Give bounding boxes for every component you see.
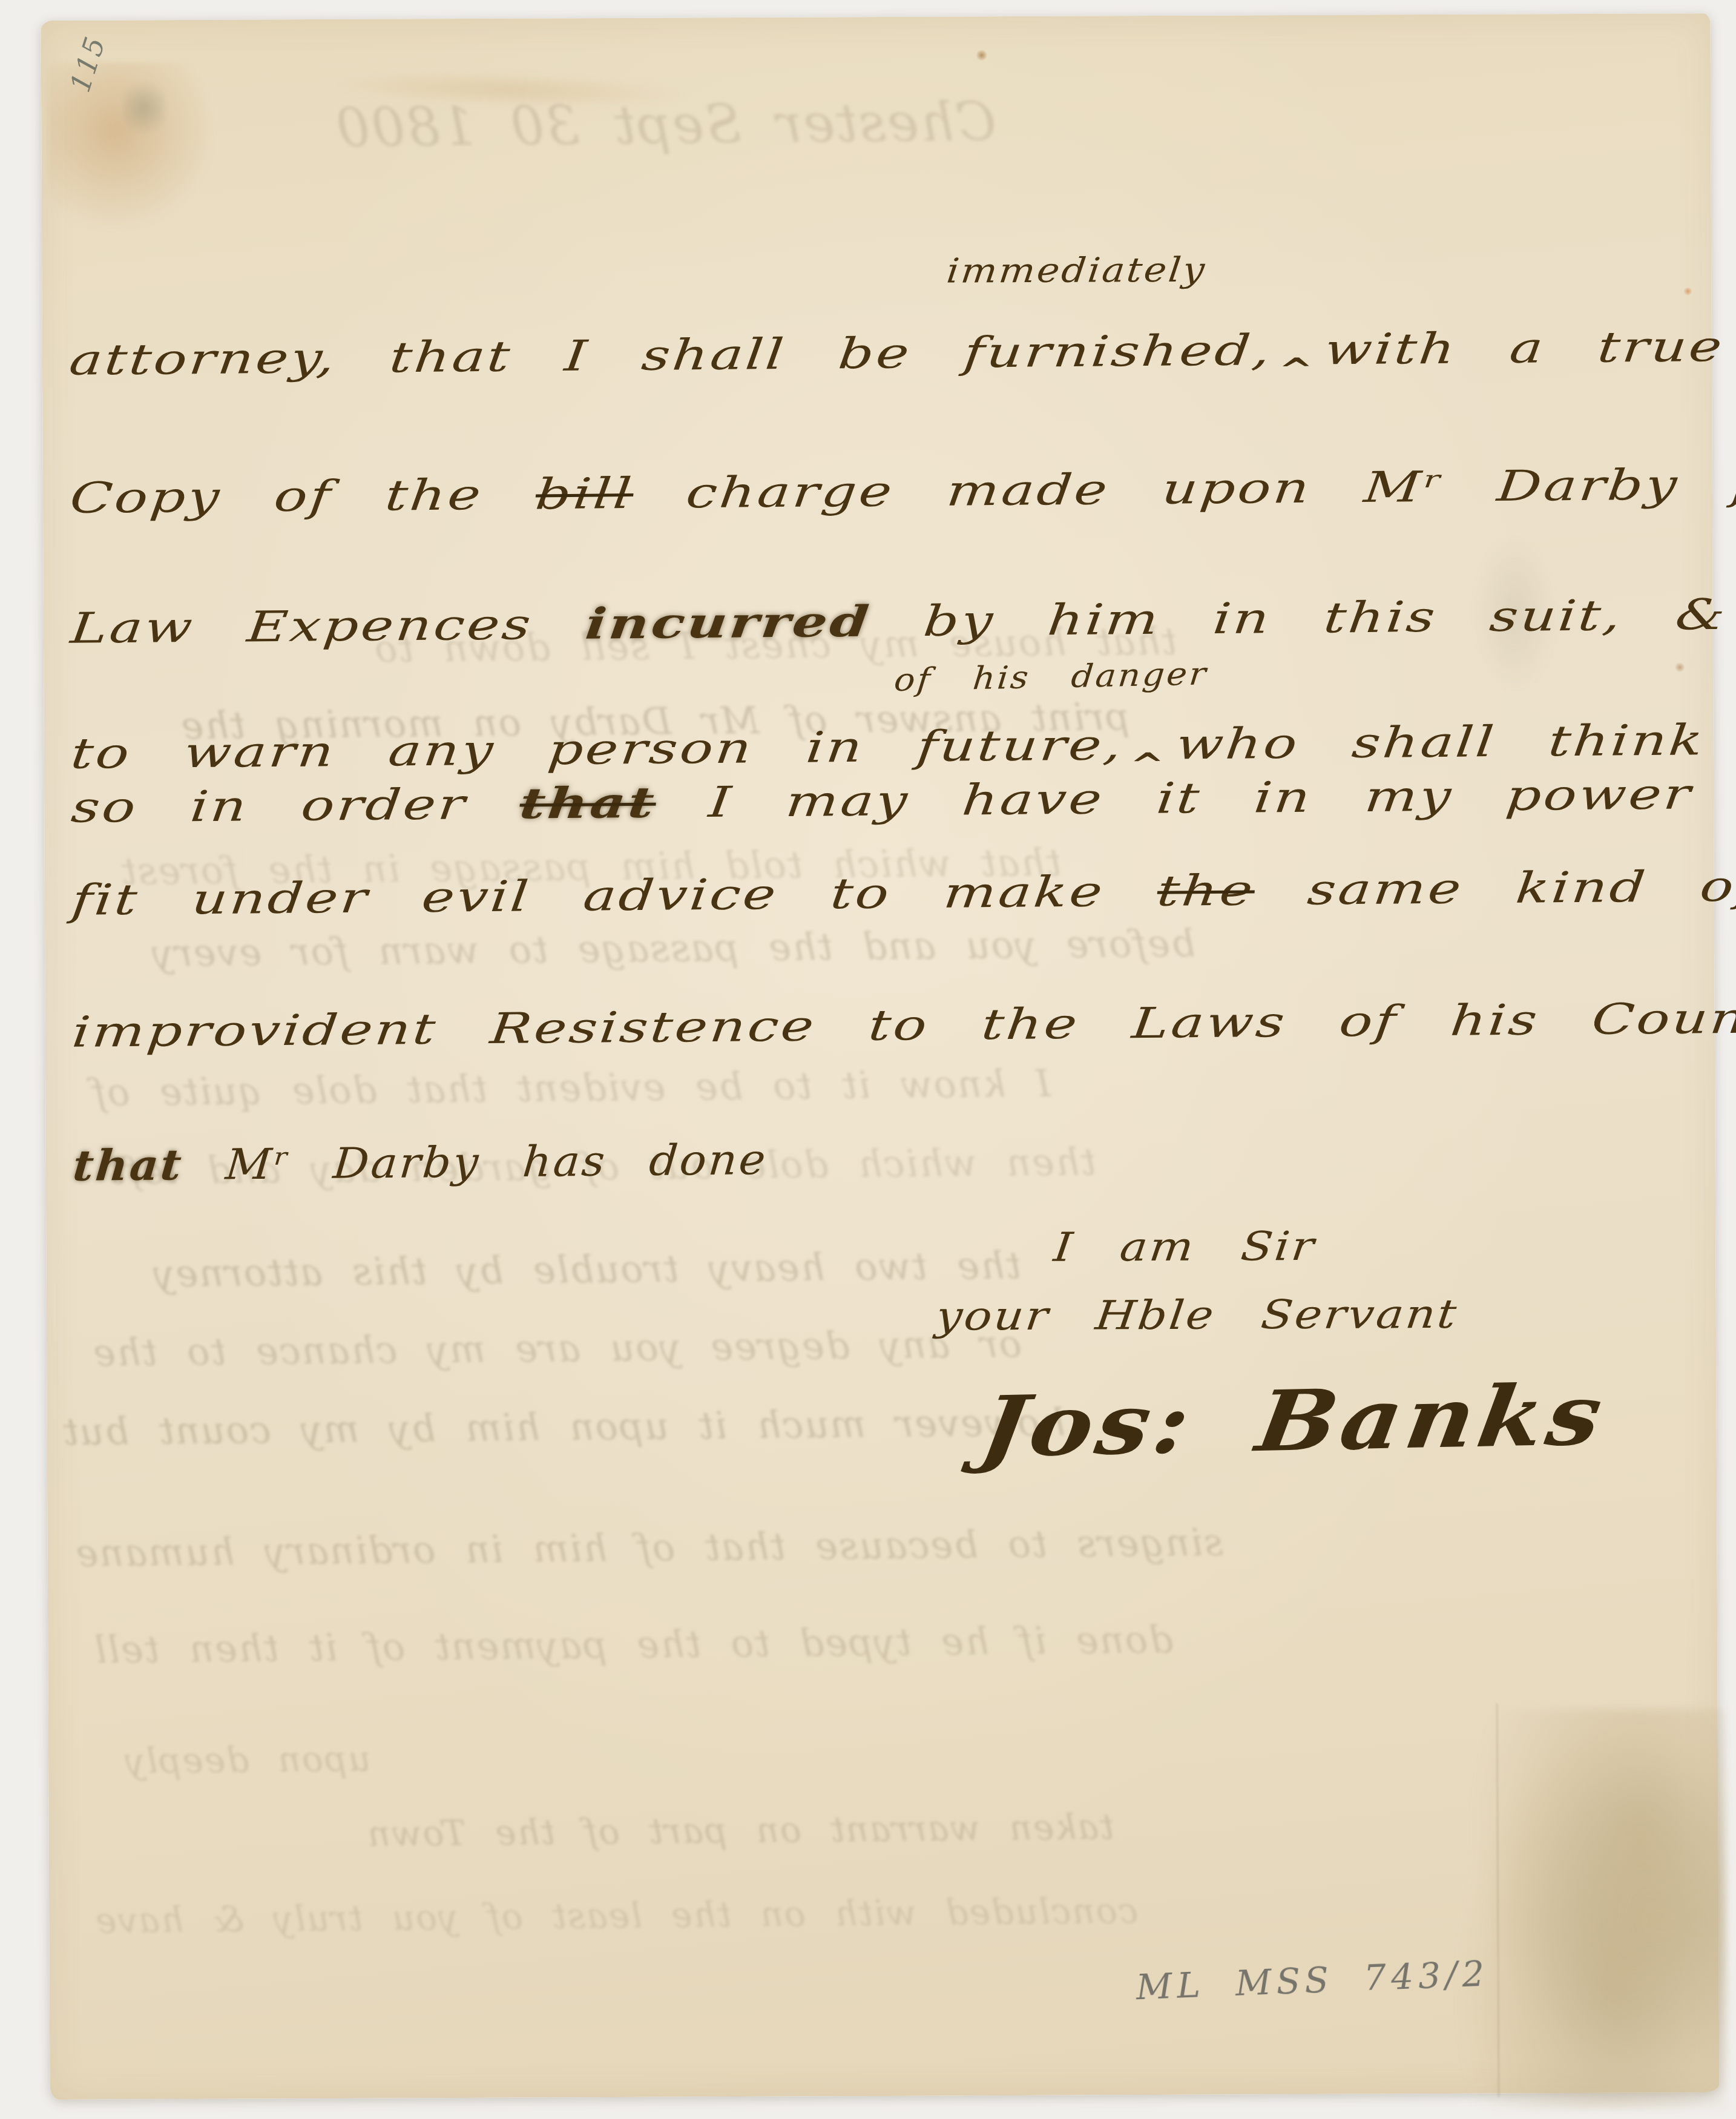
- foxing-spot: [976, 50, 987, 61]
- bleedthrough-line: I know it to be evident that dole quite …: [91, 1061, 1051, 1115]
- line-text: I may have it in my power: [706, 769, 1695, 827]
- bleedthrough-line: upon deeply: [124, 1738, 371, 1782]
- letter-line: Copy of the bill charge made upon Mʳ Dar…: [68, 459, 1736, 523]
- line-text: Mʳ Darby has done: [224, 1135, 769, 1189]
- pencil-smudge: [123, 74, 165, 141]
- line-text: charge made upon Mʳ Darby for: [684, 459, 1736, 518]
- letter-line: Law Expences incurred by him in this sui…: [68, 587, 1736, 653]
- bottom-right-water-stain: [1441, 1709, 1727, 2109]
- letter-line: so in order that I may have it in my pow…: [69, 768, 1695, 832]
- bleedthrough-line: taken warrant on part of the Town: [366, 1806, 1114, 1854]
- foxing-spot: [1683, 287, 1692, 295]
- scan-background: { "document_type": "handwritten letter m…: [0, 0, 1736, 2119]
- line-text: fit under evil advice to make: [70, 866, 1107, 924]
- letter-paper-sheet: Chester Sept 30 1800 that house my chest…: [41, 13, 1720, 2100]
- struck-out-word: the: [1155, 865, 1257, 915]
- bleedthrough-line: however much it upon him by my count but: [62, 1400, 1065, 1454]
- pencil-catalog-reference: ML MSS 743/2: [1136, 1953, 1490, 2008]
- letter-line: attorney, that I shall be furnished,^wit…: [67, 321, 1727, 385]
- letter-line: improvident Resistence to the Laws of hi…: [70, 992, 1736, 1056]
- pencil-page-number: 115: [64, 32, 112, 96]
- bleedthrough-line: singers to because that of him in ordina…: [74, 1520, 1223, 1575]
- line-text: so in order: [69, 779, 470, 832]
- caret-insertion-mark: ^: [1128, 746, 1168, 784]
- letter-line: that Mʳ Darby has done: [71, 1134, 769, 1191]
- line-text: by him in this suit, & I do: [921, 588, 1736, 646]
- line-text: with a true: [1323, 321, 1727, 375]
- closing-salutation: I am Sir: [1051, 1223, 1318, 1271]
- line-text: to warn any person in future,: [69, 720, 1126, 779]
- bleedthrough-dateline: Chester Sept 30 1800: [335, 90, 997, 159]
- foxing-spot: [1675, 662, 1685, 672]
- signature: Jos: Banks: [975, 1365, 1612, 1477]
- blotted-word: incurred: [583, 596, 873, 649]
- struck-out-word: that: [518, 777, 659, 829]
- line-text: who shall think: [1174, 715, 1707, 769]
- line-text: Law Expences: [68, 599, 536, 653]
- line-text: Copy of the: [68, 470, 485, 523]
- bleedthrough-line: before you and the passage to warn for e…: [151, 921, 1195, 975]
- blotted-word: that: [71, 1139, 185, 1191]
- bleedthrough-line: or any degree you are my chance to the: [92, 1322, 1022, 1375]
- paper-crease: [1496, 1704, 1500, 2097]
- interlinear-insertion-of-his-danger: of his danger: [893, 656, 1209, 698]
- bleedthrough-line: the two heavy trouble by this attorney: [152, 1243, 1021, 1296]
- interlinear-insertion-immediately: immediately: [945, 251, 1209, 291]
- caret-insertion-mark: ^: [1276, 352, 1317, 389]
- line-text: improvident Resistence to the Laws of hi…: [70, 992, 1736, 1056]
- bleedthrough-line: concluded with on the least of you truly…: [94, 1890, 1139, 1942]
- bleedthrough-line: done if he typed to the payment of it th…: [93, 1617, 1173, 1672]
- line-text: same kind of: [1305, 861, 1736, 914]
- struck-out-word: bill: [533, 469, 636, 519]
- line-text: attorney, that I shall be furnished,: [67, 325, 1275, 385]
- bleedthrough-text-block: that house my chest I sell down to print…: [41, 13, 1711, 21]
- closing-salutation: your Hble Servant: [933, 1291, 1461, 1340]
